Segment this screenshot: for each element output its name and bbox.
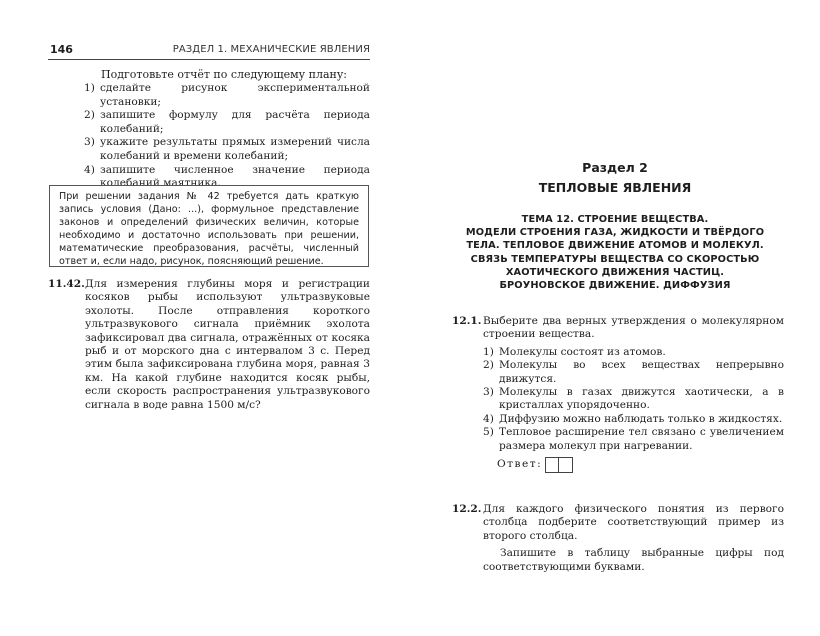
task-12-1: 12.1. Выберите два верных утверждения о … bbox=[452, 315, 784, 473]
task-instruction: Запишите в таблицу выбранные цифры под с… bbox=[483, 547, 784, 574]
right-page: Раздел 2 ТЕПЛОВЫЕ ЯВЛЕНИЯ ТЕМА 12. СТРОЕ… bbox=[410, 0, 820, 636]
option-number: 3) bbox=[483, 386, 499, 413]
option-number: 5) bbox=[483, 426, 499, 453]
topic-line: ХАОТИЧЕСКОГО ДВИЖЕНИЯ ЧАСТИЦ. bbox=[450, 266, 780, 279]
answer-label: Ответ: bbox=[497, 458, 542, 471]
task-body: Для каждого физического понятия из перво… bbox=[483, 503, 784, 574]
option-item: 1)Молекулы состоят из атомов. bbox=[483, 346, 784, 359]
option-number: 1) bbox=[483, 346, 499, 359]
topic-title: ТЕМА 12. СТРОЕНИЕ ВЕЩЕСТВА. МОДЕЛИ СТРОЕ… bbox=[450, 213, 780, 292]
left-page: 146 РАЗДЕЛ 1. МЕХАНИЧЕСКИЕ ЯВЛЕНИЯ Подго… bbox=[0, 0, 410, 636]
option-number: 4) bbox=[483, 413, 499, 426]
task-12-2: 12.2. Для каждого физического понятия из… bbox=[452, 503, 784, 574]
task-number: 12.1. bbox=[452, 315, 483, 473]
topic-line: ТЕМА 12. СТРОЕНИЕ ВЕЩЕСТВА. bbox=[450, 213, 780, 226]
topic-line: СВЯЗЬ ТЕМПЕРАТУРЫ ВЕЩЕСТВА СО СКОРОСТЬЮ bbox=[450, 253, 780, 266]
task-text: Выберите два верных утверждения о молеку… bbox=[483, 315, 784, 342]
task-text: Для каждого физического понятия из перво… bbox=[483, 503, 784, 543]
plan-item: 1)сделайте рисунок экспериментальной уст… bbox=[84, 82, 370, 109]
option-number: 2) bbox=[483, 359, 499, 386]
plan-list: 1)сделайте рисунок экспериментальной уст… bbox=[84, 82, 370, 191]
running-head: 146 РАЗДЕЛ 1. МЕХАНИЧЕСКИЕ ЯВЛЕНИЯ bbox=[48, 41, 370, 60]
section-name: ТЕПЛОВЫЕ ЯВЛЕНИЯ bbox=[410, 180, 820, 195]
task-text: Для измерения глубины моря и регистрации… bbox=[85, 278, 370, 412]
running-head-title: РАЗДЕЛ 1. МЕХАНИЧЕСКИЕ ЯВЛЕНИЯ bbox=[173, 44, 370, 55]
task-11-42: 11.42. Для измерения глубины моря и реги… bbox=[48, 278, 370, 412]
task-number: 11.42. bbox=[48, 278, 85, 412]
option-text: Тепловое расширение тел связано с увелич… bbox=[499, 426, 784, 453]
option-text: Молекулы в газах движутся хаотически, а … bbox=[499, 386, 784, 413]
plan-item: 2)запишите формулу для расчёта периода к… bbox=[84, 109, 370, 136]
topic-line: БРОУНОВСКОЕ ДВИЖЕНИЕ. ДИФФУЗИЯ bbox=[450, 279, 780, 292]
answer-cell[interactable] bbox=[559, 457, 573, 473]
plan-item-number: 3) bbox=[84, 136, 100, 163]
plan-intro: Подготовьте отчёт по следующему плану: bbox=[101, 67, 347, 82]
answer-row: Ответ: bbox=[497, 457, 784, 473]
info-box: При решении задания № 42 требуется дать … bbox=[49, 185, 369, 267]
options-list: 1)Молекулы состоят из атомов. 2)Молекулы… bbox=[483, 346, 784, 453]
plan-item-text: запишите формулу для расчёта периода кол… bbox=[100, 109, 370, 136]
answer-cell[interactable] bbox=[545, 457, 559, 473]
task-number: 12.2. bbox=[452, 503, 483, 574]
plan-item: 3)укажите результаты прямых измерений чи… bbox=[84, 136, 370, 163]
plan-item-text: сделайте рисунок экспериментальной устан… bbox=[100, 82, 370, 109]
topic-line: ТЕЛА. ТЕПЛОВОЕ ДВИЖЕНИЕ АТОМОВ И МОЛЕКУЛ… bbox=[450, 239, 780, 252]
page-number: 146 bbox=[50, 43, 73, 56]
option-text: Молекулы во всех веществах непрерывно дв… bbox=[499, 359, 784, 386]
option-text: Молекулы состоят из атомов. bbox=[499, 346, 784, 359]
option-item: 5)Тепловое расширение тел связано с увел… bbox=[483, 426, 784, 453]
option-item: 2)Молекулы во всех веществах непрерывно … bbox=[483, 359, 784, 386]
topic-line: МОДЕЛИ СТРОЕНИЯ ГАЗА, ЖИДКОСТИ И ТВЁРДОГ… bbox=[450, 226, 780, 239]
task-body: Выберите два верных утверждения о молеку… bbox=[483, 315, 784, 473]
plan-item-number: 2) bbox=[84, 109, 100, 136]
plan-item-text: укажите результаты прямых измерений числ… bbox=[100, 136, 370, 163]
plan-item-number: 1) bbox=[84, 82, 100, 109]
option-text: Диффузию можно наблюдать только в жидкос… bbox=[499, 413, 784, 426]
section-number: Раздел 2 bbox=[410, 160, 820, 175]
option-item: 3)Молекулы в газах движутся хаотически, … bbox=[483, 386, 784, 413]
option-item: 4)Диффузию можно наблюдать только в жидк… bbox=[483, 413, 784, 426]
